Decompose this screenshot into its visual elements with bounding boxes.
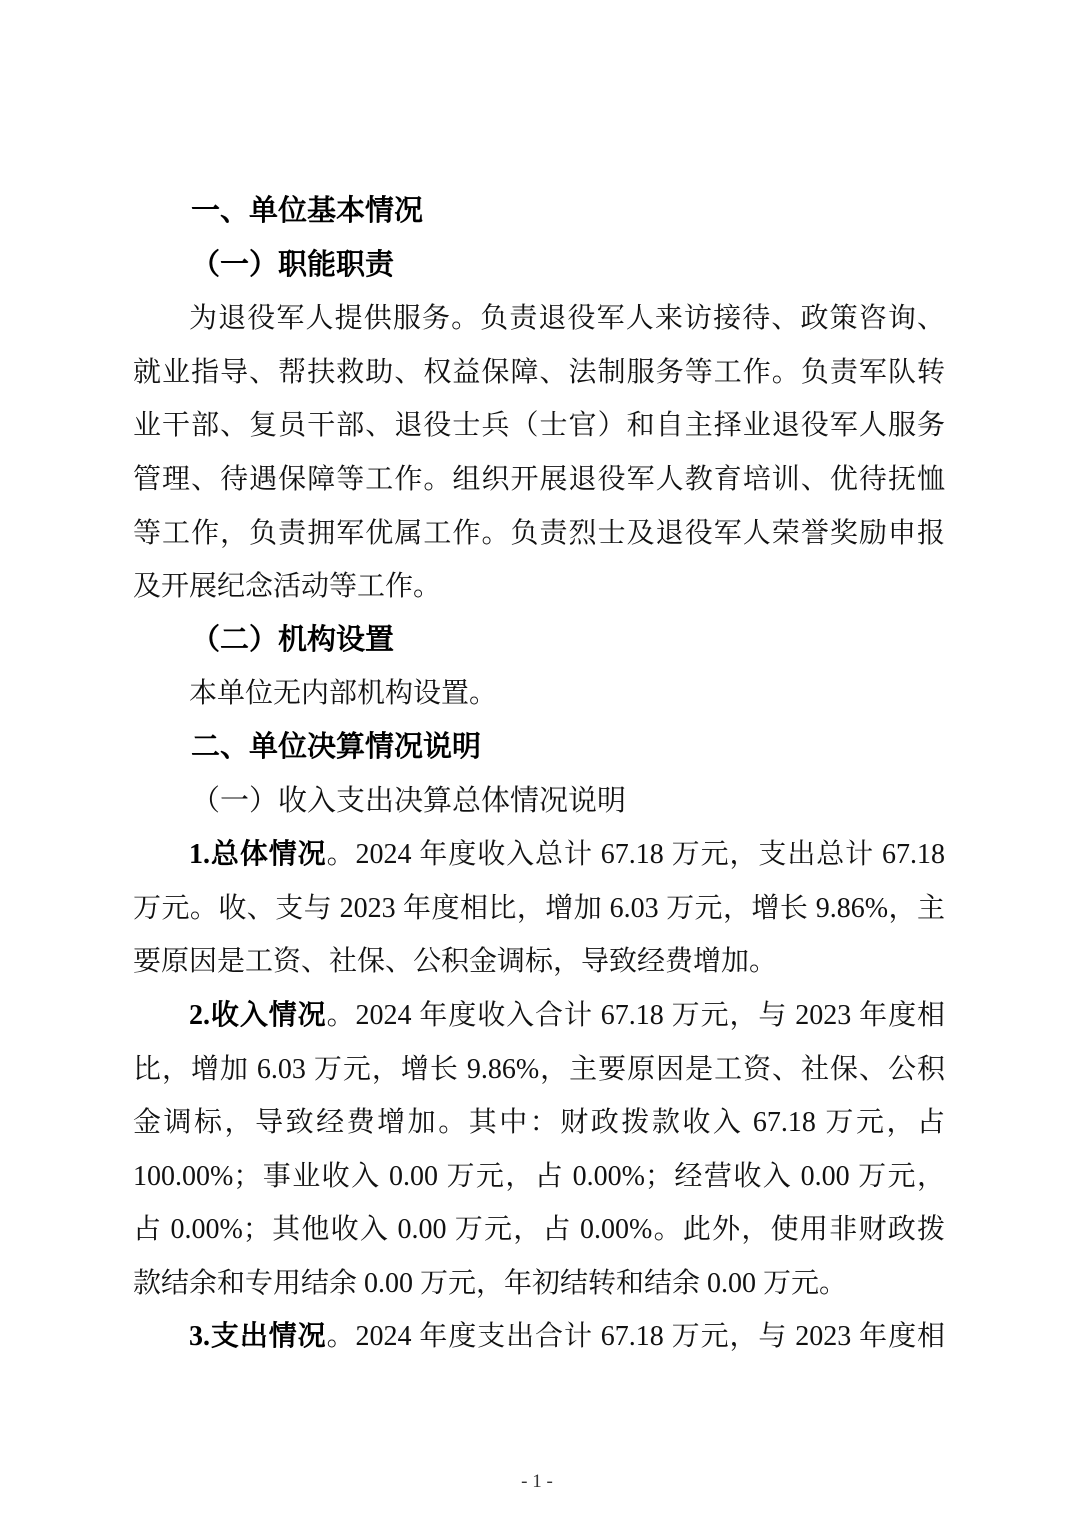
text-line: 占 0.00%；其他收入 0.00 万元，占 0.00%。此外，使用非财政拨 — [133, 1203, 945, 1257]
paragraph-overall-situation: 1.总体情况。2024 年度收入总计 67.18 万元，支出总计 67.18 万… — [133, 828, 945, 989]
text-line: 等工作，负责拥军优属工作。负责烈士及退役军人荣誉奖励申报 — [133, 507, 945, 561]
subheading-1-1-duties: （一）职能职责 — [133, 239, 945, 293]
text-line: 3.支出情况。2024 年度支出合计 67.18 万元，与 2023 年度相 — [133, 1310, 945, 1364]
document-body: 一、单位基本情况 （一）职能职责 为退役军人提供服务。负责退役军人来访接待、政策… — [133, 185, 945, 1364]
text-line: 100.00%；事业收入 0.00 万元，占 0.00%；经营收入 0.00 万… — [133, 1150, 945, 1204]
text-line: 1.总体情况。2024 年度收入总计 67.18 万元，支出总计 67.18 — [133, 828, 945, 882]
heading-2-final-accounts: 二、单位决算情况说明 — [133, 721, 945, 775]
paragraph-lead: 2.收入情况 — [189, 1000, 327, 1031]
text-line: 金调标，导致经费增加。其中：财政拨款收入 67.18 万元，占 — [133, 1096, 945, 1150]
text-line: 2.收入情况。2024 年度收入合计 67.18 万元，与 2023 年度相 — [133, 989, 945, 1043]
paragraph-lead-rest: 。2024 年度支出合计 67.18 万元，与 2023 年度相 — [327, 1321, 945, 1352]
text-line: 及开展纪念活动等工作。 — [133, 560, 945, 614]
text-line: 款结余和专用结余 0.00 万元，年初结转和结余 0.00 万元。 — [133, 1257, 945, 1311]
subheading-2-1-overall: （一）收入支出决算总体情况说明 — [133, 775, 945, 829]
heading-1-unit-basic-info: 一、单位基本情况 — [133, 185, 945, 239]
document-page: 一、单位基本情况 （一）职能职责 为退役军人提供服务。负责退役军人来访接待、政策… — [0, 0, 1074, 1520]
text-line: 管理、待遇保障等工作。组织开展退役军人教育培训、优待抚恤 — [133, 453, 945, 507]
paragraph-org-structure: 本单位无内部机构设置。 — [133, 667, 945, 721]
subheading-1-2-org-structure: （二）机构设置 — [133, 614, 945, 668]
text-line: 万元。收、支与 2023 年度相比，增加 6.03 万元，增长 9.86%，主 — [133, 882, 945, 936]
paragraph-lead: 3.支出情况 — [189, 1321, 327, 1352]
paragraph-income-situation: 2.收入情况。2024 年度收入合计 67.18 万元，与 2023 年度相 比… — [133, 989, 945, 1311]
paragraph-lead-rest: 。2024 年度收入合计 67.18 万元，与 2023 年度相 — [327, 1000, 945, 1031]
text-line: 要原因是工资、社保、公积金调标，导致经费增加。 — [133, 935, 945, 989]
paragraph-duties: 为退役军人提供服务。负责退役军人来访接待、政策咨询、 就业指导、帮扶救助、权益保… — [133, 292, 945, 614]
page-footer: - 1 - — [0, 1468, 1074, 1496]
text-line: 业干部、复员干部、退役士兵（士官）和自主择业退役军人服务 — [133, 399, 945, 453]
paragraph-lead-rest: 。2024 年度收入总计 67.18 万元，支出总计 67.18 — [327, 839, 945, 870]
text-line: 比，增加 6.03 万元，增长 9.86%，主要原因是工资、社保、公积 — [133, 1043, 945, 1097]
text-line: 就业指导、帮扶救助、权益保障、法制服务等工作。负责军队转 — [133, 346, 945, 400]
paragraph-expenditure-situation: 3.支出情况。2024 年度支出合计 67.18 万元，与 2023 年度相 — [133, 1310, 945, 1364]
page-number: - 1 - — [521, 1471, 553, 1492]
paragraph-lead: 1.总体情况 — [189, 839, 327, 870]
text-line: 为退役军人提供服务。负责退役军人来访接待、政策咨询、 — [133, 292, 945, 346]
